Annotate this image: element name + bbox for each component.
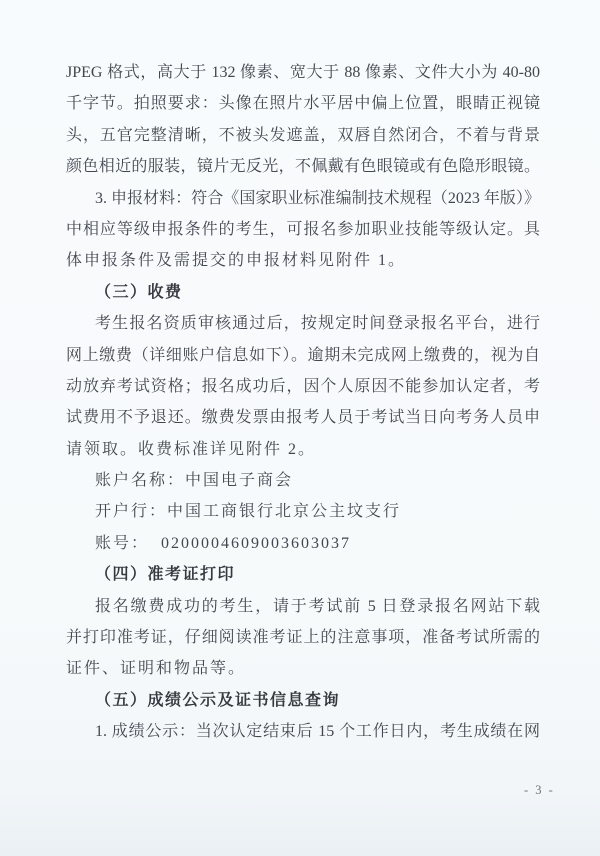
doc-line: 3. 申报材料：符合《国家职业标准编制技术规程（2023 年版）》 <box>66 183 540 214</box>
doc-line: 头，五官完整清晰，不被头发遮盖，双唇自然闭合，不着与背景 <box>66 120 540 151</box>
doc-line: 请领取。收费标准详见附件 2。 <box>66 434 540 465</box>
document-body: JPEG 格式，高大于 132 像素、宽大于 88 像素、文件大小为 40-80… <box>66 57 540 748</box>
doc-line: 动放弃考试资格；报名成功后，因个人原因不能参加认定者，考 <box>66 371 540 402</box>
doc-line: JPEG 格式，高大于 132 像素、宽大于 88 像素、文件大小为 40-80 <box>66 57 540 88</box>
doc-line: 网上缴费（详细账户信息如下）。逾期未完成网上缴费的，视为自 <box>66 340 540 371</box>
page-number: - 3 - <box>524 783 555 798</box>
document-page: JPEG 格式，高大于 132 像素、宽大于 88 像素、文件大小为 40-80… <box>0 0 600 856</box>
doc-line: 并打印准考证，仔细阅读准考证上的注意事项，准备考试所需的 <box>66 622 540 653</box>
account-number-line: 账号： 0200004609003603037 <box>66 528 540 559</box>
doc-line: 体申报条件及需提交的申报材料见附件 1。 <box>66 245 540 276</box>
doc-line: 千字节。拍照要求：头像在照片水平居中偏上位置，眼睛正视镜 <box>66 88 540 119</box>
account-name-line: 账户名称：中国电子商会 <box>66 465 540 496</box>
doc-line: 试费用不予退还。缴费发票由报考人员于考试当日向考务人员申 <box>66 402 540 433</box>
doc-line: 1. 成绩公示：当次认定结束后 15 个工作日内，考生成绩在网 <box>66 716 540 747</box>
section-heading-fees: （三）收费 <box>66 277 540 308</box>
doc-line: 中相应等级申报条件的考生，可报名参加职业技能等级认定。具 <box>66 214 540 245</box>
section-heading-admission-ticket: （四）准考证打印 <box>66 559 540 590</box>
doc-line: 证件、证明和物品等。 <box>66 653 540 684</box>
bank-name-line: 开户行：中国工商银行北京公主坟支行 <box>66 496 540 527</box>
doc-line: 报名缴费成功的考生，请于考试前 5 日登录报名网站下载 <box>66 591 540 622</box>
doc-line: 考生报名资质审核通过后，按规定时间登录报名平台，进行 <box>66 308 540 339</box>
section-heading-results: （五）成绩公示及证书信息查询 <box>66 685 540 716</box>
doc-line: 颜色相近的服装，镜片无反光，不佩戴有色眼镜或有色隐形眼镜。 <box>66 151 540 182</box>
